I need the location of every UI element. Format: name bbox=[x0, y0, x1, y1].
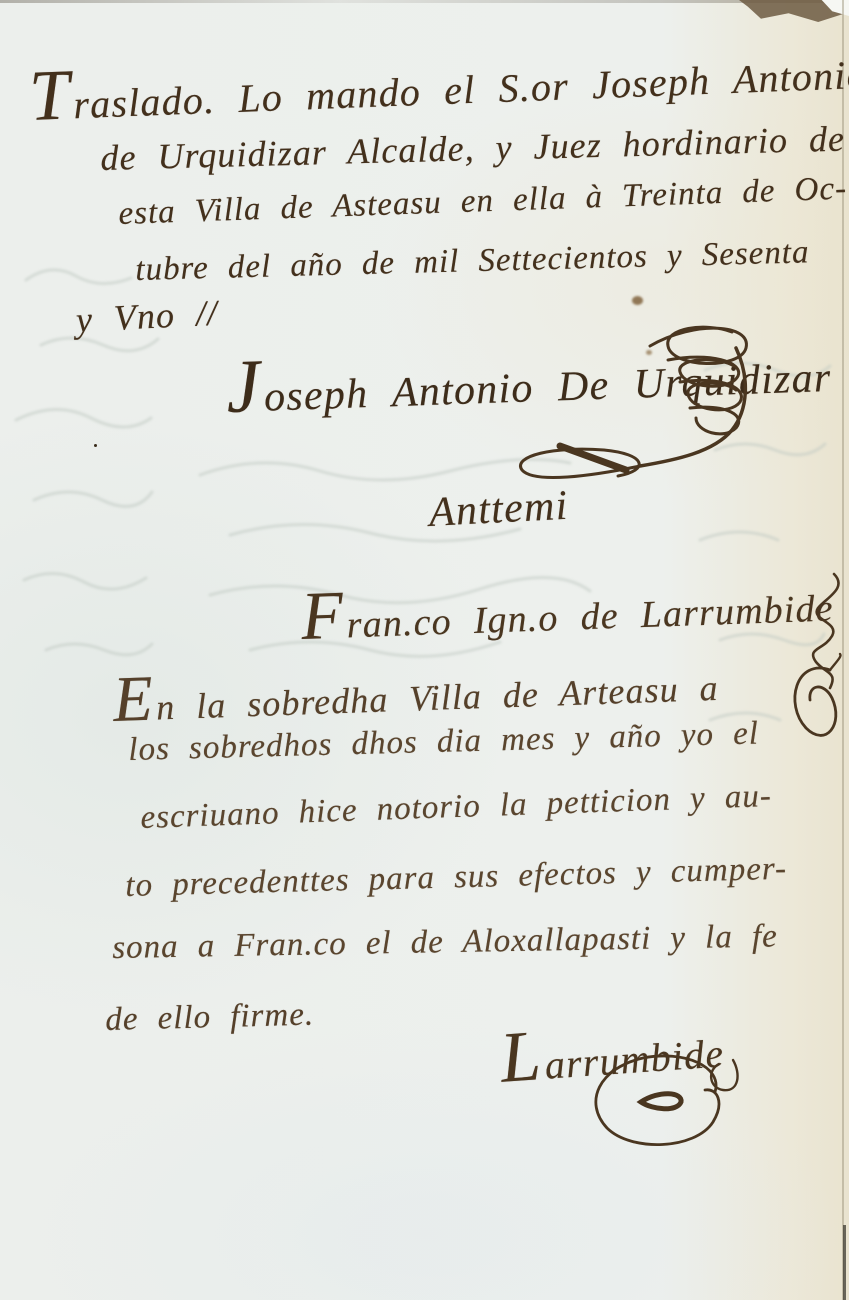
manuscript-page: Traslado. Lo mando el S.or Joseph Antoni… bbox=[0, 0, 849, 1300]
auto-line-3: esta Villa de Asteasu en ella à Treinta … bbox=[118, 173, 848, 231]
auto-line-1: Traslado. Lo mando el S.or Joseph Antoni… bbox=[28, 28, 849, 132]
auto-line-2: de Urquidizar Alcalde, y Juez hordinario… bbox=[100, 121, 846, 176]
body-line-3: escriuano hice notorio la petticion y au… bbox=[140, 780, 772, 835]
body-line-5: sona a Fran.co el de Aloxallapasti y la … bbox=[112, 920, 778, 965]
auto-line-5: y Vno // bbox=[75, 295, 219, 338]
right-edge-dark-bottom bbox=[843, 1225, 846, 1300]
ante-mi-heading: Anttemi bbox=[428, 485, 569, 534]
top-edge-shadow bbox=[0, 0, 849, 3]
body-line-6: de ello firme. bbox=[105, 999, 314, 1037]
auto-line-4: tubre del año de mil Settecientos y Sese… bbox=[135, 236, 810, 287]
ink-speck bbox=[94, 444, 97, 447]
signature-larrumbide-rubric bbox=[555, 1040, 755, 1160]
body-line-4: to precedenttes para sus efectos y cumpe… bbox=[125, 853, 787, 903]
body-line-1-flourish bbox=[780, 652, 846, 757]
ink-stain-large bbox=[632, 296, 643, 305]
